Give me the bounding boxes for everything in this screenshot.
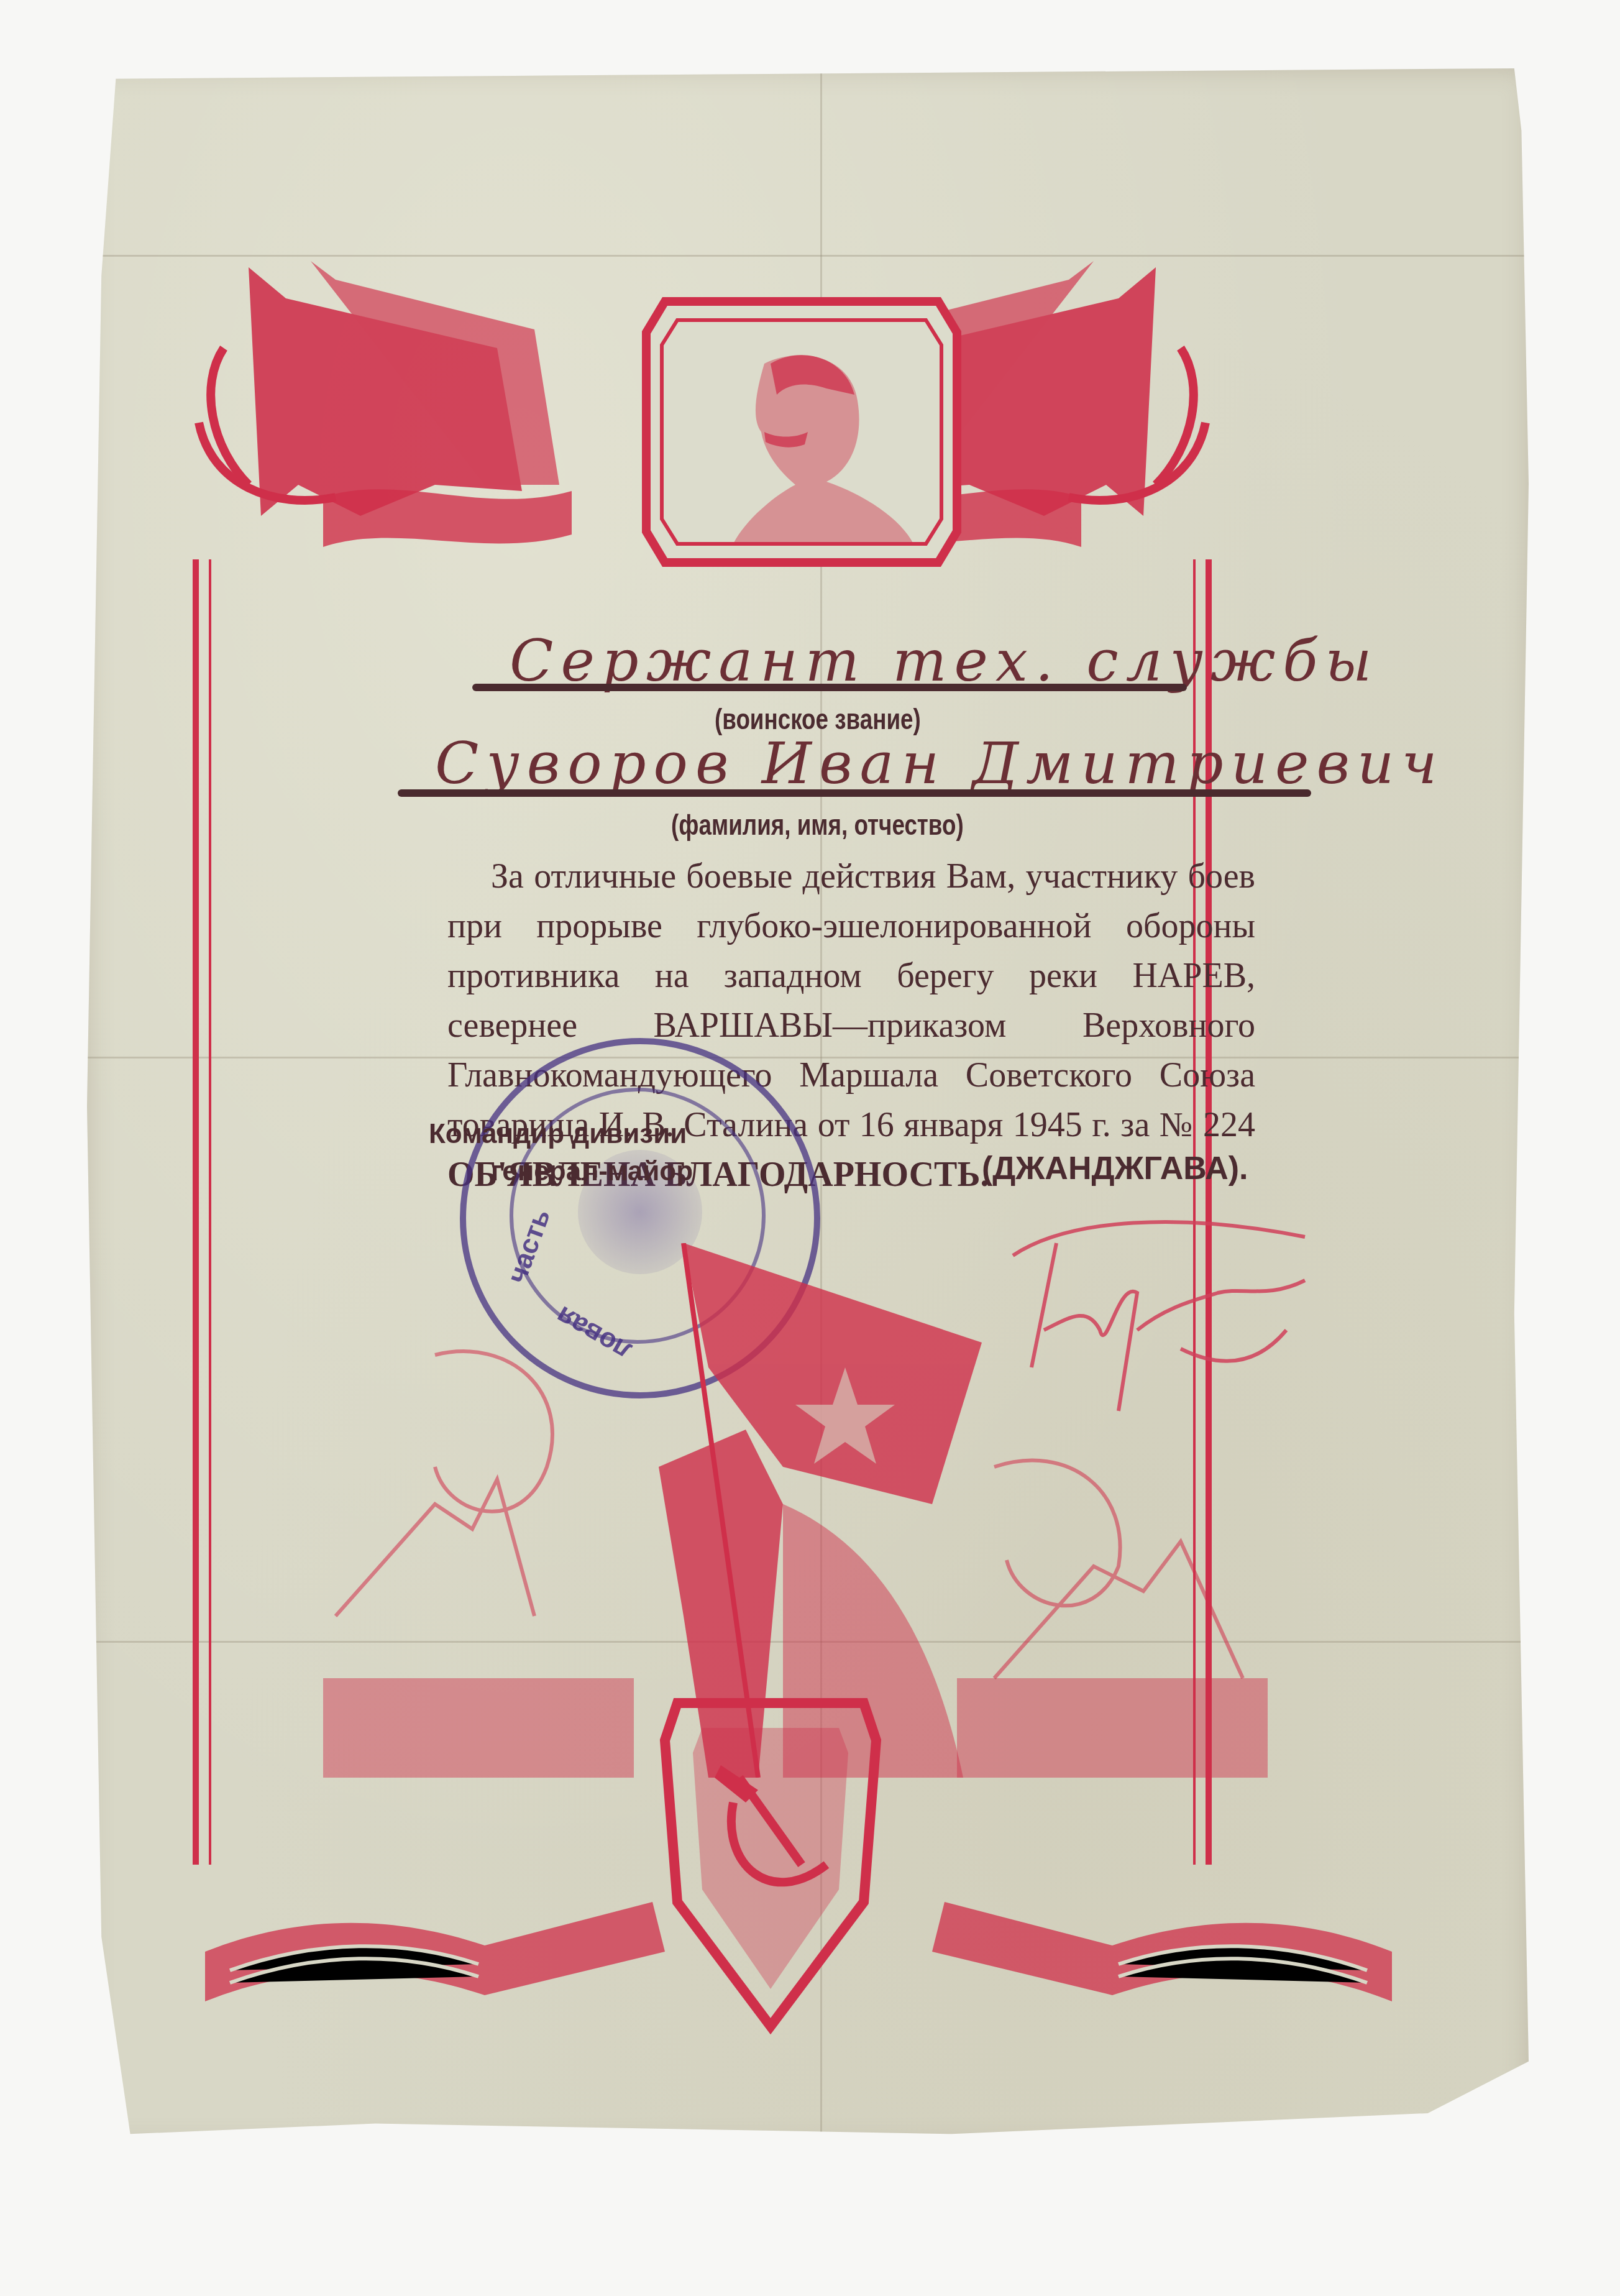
name-handwritten: Суворов Иван Дмитриевич — [435, 730, 1444, 797]
hammer-sickle-shield-icon — [652, 1678, 889, 2039]
rank-underline — [472, 684, 1187, 691]
signatory-title-2: генерал-майор — [491, 1156, 693, 1187]
signatory-title-1: Командир дивизии — [429, 1119, 687, 1150]
ribbon-right-icon — [920, 1877, 1392, 2001]
ribbon-left-icon — [205, 1877, 677, 2001]
name-underline — [398, 789, 1311, 797]
portrait-frame-icon — [640, 295, 963, 569]
name-caption: (фамилия, имя, отчество) — [671, 808, 964, 842]
signatory-name: (ДЖАНДЖГАВА). — [982, 1150, 1248, 1187]
